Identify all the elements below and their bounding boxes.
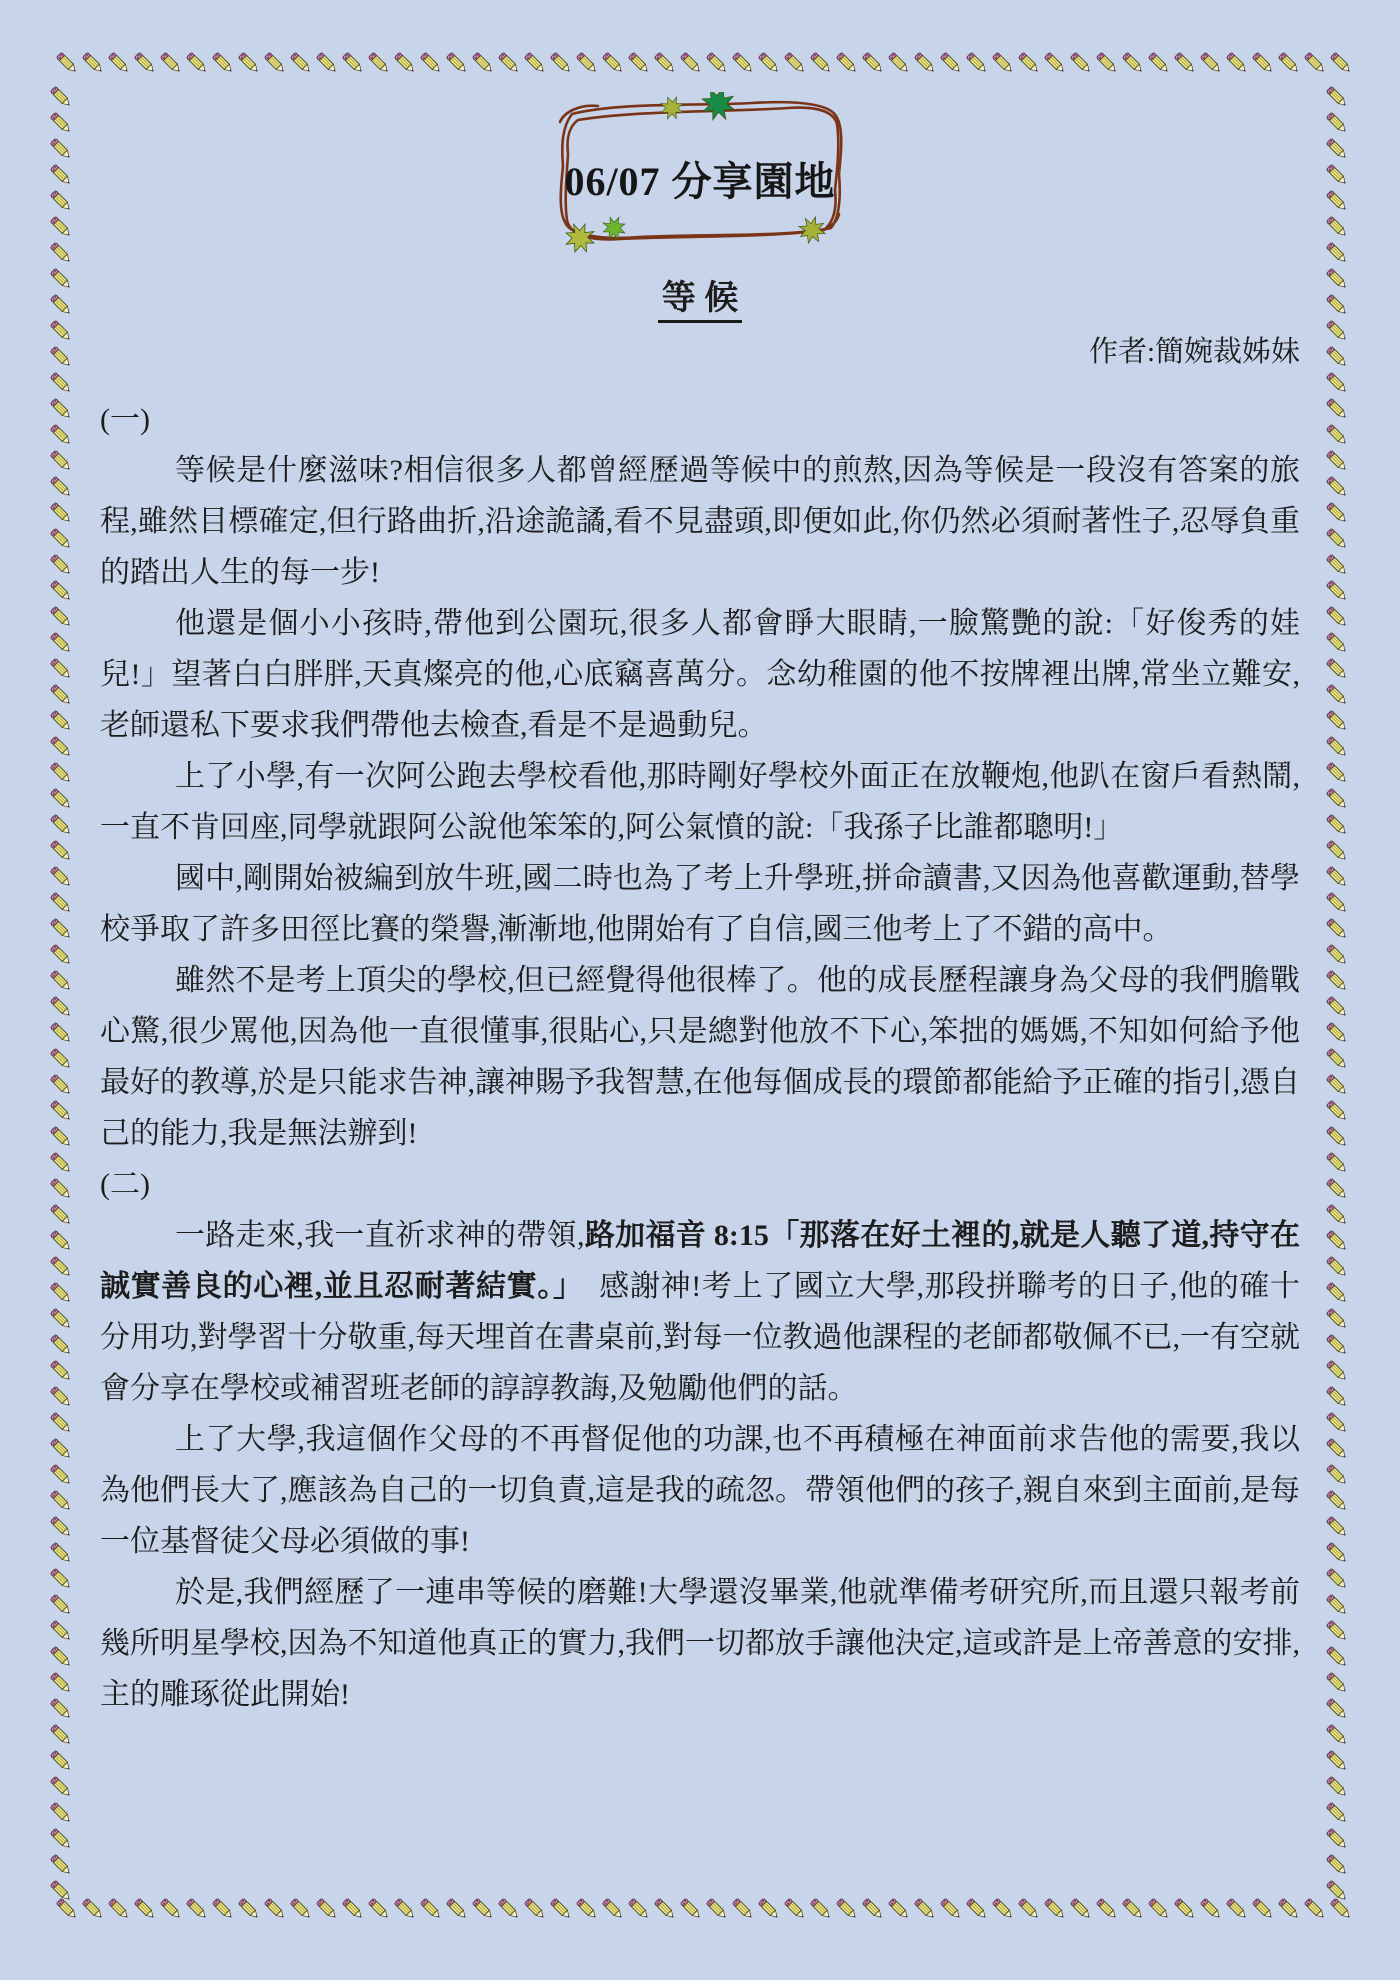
title-frame: 06/07 分享園地 <box>550 92 850 254</box>
pencil-icon <box>1324 682 1350 708</box>
pencil-icon <box>48 1800 74 1826</box>
pencil-icon <box>48 1410 74 1436</box>
text-run: 上了大學,我這個作父母的不再督促他的功課,也不再積極在神面前求告他的需要,我以為… <box>100 1423 1300 1558</box>
pencil-icon <box>48 1852 74 1878</box>
pencil-icon <box>860 50 886 76</box>
article-title-text: 等 候 <box>658 280 743 323</box>
pencil-icon <box>1068 1896 1094 1922</box>
pencil-icon <box>1324 1124 1350 1150</box>
pencil-icon <box>314 1896 340 1922</box>
pencil-icon <box>48 552 74 578</box>
pencil-icon <box>48 136 74 162</box>
pencil-icon <box>756 1896 782 1922</box>
pencil-icon <box>48 214 74 240</box>
pencil-icon <box>1146 1896 1172 1922</box>
pencil-border-left <box>48 84 76 1884</box>
pencil-icon <box>1324 916 1350 942</box>
pencil-icon <box>48 630 74 656</box>
pencil-icon <box>392 50 418 76</box>
page: { "page_title": "06/07 分享園地", "article":… <box>0 0 1400 1980</box>
pencil-icon <box>574 50 600 76</box>
pencil-icon <box>1324 1098 1350 1124</box>
paragraph: 一路走來,我一直祈求神的帶領,路加福音 8:15「那落在好土裡的,就是人聽了道,… <box>100 1210 1300 1414</box>
pencil-icon <box>1324 1410 1350 1436</box>
pencil-icon <box>1324 1306 1350 1332</box>
pencil-icon <box>834 1896 860 1922</box>
pencil-icon <box>1016 50 1042 76</box>
pencil-icon <box>48 1670 74 1696</box>
text-run: 他還是個小小孩時,帶他到公園玩,很多人都會睜大眼睛,一臉驚艷的說:「好俊秀的娃兒… <box>100 607 1300 742</box>
pencil-icon <box>54 50 80 76</box>
pencil-icon <box>1324 890 1350 916</box>
pencil-icon <box>1324 136 1350 162</box>
pencil-icon <box>132 1896 158 1922</box>
pencil-icon <box>912 1896 938 1922</box>
pencil-icon <box>1324 1722 1350 1748</box>
pencil-icon <box>1324 1566 1350 1592</box>
pencil-icon <box>1042 50 1068 76</box>
pencil-icon <box>1324 968 1350 994</box>
pencil-icon <box>106 1896 132 1922</box>
pencil-icon <box>860 1896 886 1922</box>
pencil-icon <box>1324 552 1350 578</box>
pencil-icon <box>1094 50 1120 76</box>
pencil-icon <box>48 474 74 500</box>
pencil-icon <box>48 786 74 812</box>
pencil-icon <box>704 50 730 76</box>
pencil-icon <box>756 50 782 76</box>
text-run: 一路走來,我一直祈求神的帶領, <box>175 1219 585 1252</box>
pencil-icon <box>48 396 74 422</box>
pencil-icon <box>48 1150 74 1176</box>
pencil-icon <box>1324 1176 1350 1202</box>
pencil-icon <box>1324 578 1350 604</box>
pencil-icon <box>48 760 74 786</box>
pencil-icon <box>1324 1592 1350 1618</box>
pencil-icon <box>392 1896 418 1922</box>
pencil-icon <box>210 50 236 76</box>
pencil-icon <box>48 292 74 318</box>
paragraph: 上了小學,有一次阿公跑去學校看他,那時剛好學校外面正在放鞭炮,他趴在窗戶看熱鬧,… <box>100 751 1300 853</box>
pencil-icon <box>1324 1280 1350 1306</box>
article-title: 等 候 <box>100 270 1300 319</box>
pencil-icon <box>496 1896 522 1922</box>
text-run: 於是,我們經歷了一連串等候的磨難!大學還沒畢業,他就準備考研究所,而且還只報考前… <box>100 1576 1300 1711</box>
pencil-icon <box>1324 1462 1350 1488</box>
pencil-icon <box>1324 240 1350 266</box>
pencil-icon <box>48 1280 74 1306</box>
page-title: 06/07 分享園地 <box>550 150 850 207</box>
pencil-icon <box>48 500 74 526</box>
pencil-icon <box>1324 1332 1350 1358</box>
pencil-icon <box>48 1072 74 1098</box>
pencil-icon <box>678 50 704 76</box>
pencil-icon <box>48 1514 74 1540</box>
pencil-icon <box>48 1592 74 1618</box>
pencil-icon <box>1324 864 1350 890</box>
pencil-icon <box>1324 396 1350 422</box>
text-run: 國中,剛開始被編到放牛班,國二時也為了考上升學班,拼命讀書,又因為他喜歡運動,替… <box>100 862 1300 946</box>
article-author: 作者:簡婉裁姊妹 <box>100 329 1300 370</box>
pencil-icon <box>1324 708 1350 734</box>
pencil-icon <box>1302 50 1328 76</box>
pencil-icon <box>1324 448 1350 474</box>
pencil-icon <box>1324 812 1350 838</box>
pencil-icon <box>1324 1878 1350 1904</box>
pencil-icon <box>1324 1436 1350 1462</box>
pencil-icon <box>262 1896 288 1922</box>
pencil-icon <box>48 1436 74 1462</box>
pencil-icon <box>158 1896 184 1922</box>
pencil-icon <box>418 50 444 76</box>
pencil-icon <box>48 240 74 266</box>
pencil-icon <box>48 344 74 370</box>
pencil-icon <box>48 1228 74 1254</box>
pencil-icon <box>1324 500 1350 526</box>
pencil-icon <box>964 1896 990 1922</box>
pencil-icon <box>1276 1896 1302 1922</box>
pencil-icon <box>1324 604 1350 630</box>
pencil-icon <box>1324 994 1350 1020</box>
section-marker: (一) <box>100 394 1300 445</box>
pencil-icon <box>886 50 912 76</box>
pencil-icon <box>548 1896 574 1922</box>
pencil-icon <box>48 370 74 396</box>
pencil-icon <box>1324 1488 1350 1514</box>
pencil-icon <box>912 50 938 76</box>
text-run: 等候是什麼滋味?相信很多人都曾經歷過等候中的煎熬,因為等候是一段沒有答案的旅程,… <box>100 454 1300 589</box>
pencil-icon <box>340 1896 366 1922</box>
pencil-icon <box>48 812 74 838</box>
pencil-icon <box>366 1896 392 1922</box>
pencil-icon <box>48 1254 74 1280</box>
pencil-icon <box>1324 1254 1350 1280</box>
pencil-icon <box>1224 50 1250 76</box>
pencil-icon <box>522 1896 548 1922</box>
pencil-icon <box>652 1896 678 1922</box>
pencil-icon <box>48 890 74 916</box>
pencil-icon <box>48 604 74 630</box>
pencil-icon <box>1324 318 1350 344</box>
pencil-icon <box>1324 422 1350 448</box>
pencil-icon <box>990 1896 1016 1922</box>
pencil-icon <box>1324 474 1350 500</box>
pencil-icon <box>1324 344 1350 370</box>
pencil-icon <box>1324 292 1350 318</box>
pencil-icon <box>678 1896 704 1922</box>
pencil-icon <box>1324 1826 1350 1852</box>
pencil-icon <box>1324 734 1350 760</box>
pencil-icon <box>808 50 834 76</box>
pencil-icon <box>470 50 496 76</box>
pencil-icon <box>1324 1748 1350 1774</box>
pencil-icon <box>1324 1046 1350 1072</box>
pencil-icon <box>990 50 1016 76</box>
pencil-icon <box>496 50 522 76</box>
pencil-icon <box>886 1896 912 1922</box>
pencil-icon <box>808 1896 834 1922</box>
pencil-icon <box>48 838 74 864</box>
pencil-icon <box>1120 1896 1146 1922</box>
pencil-icon <box>1324 1202 1350 1228</box>
pencil-icon <box>1324 1800 1350 1826</box>
pencil-icon <box>574 1896 600 1922</box>
pencil-icon <box>1324 1774 1350 1800</box>
document-content: 06/07 分享園地 等 候 作者:簡婉裁姊妹 (一)等候是什麼滋味?相信很多人… <box>100 92 1300 1720</box>
pencil-icon <box>626 50 652 76</box>
pencil-icon <box>366 50 392 76</box>
pencil-icon <box>48 1124 74 1150</box>
pencil-icon <box>288 50 314 76</box>
pencil-icon <box>340 50 366 76</box>
paragraph: 雖然不是考上頂尖的學校,但已經覺得他很棒了。他的成長歷程讓身為父母的我們膽戰心驚… <box>100 955 1300 1159</box>
pencil-icon <box>236 1896 262 1922</box>
pencil-icon <box>210 1896 236 1922</box>
pencil-icon <box>48 1826 74 1852</box>
pencil-icon <box>48 1618 74 1644</box>
pencil-icon <box>626 1896 652 1922</box>
pencil-icon <box>1016 1896 1042 1922</box>
maple-leaf-icon <box>697 92 739 125</box>
pencil-icon <box>1328 1896 1354 1922</box>
pencil-icon <box>1250 50 1276 76</box>
pencil-icon <box>1324 1670 1350 1696</box>
pencil-icon <box>730 50 756 76</box>
pencil-icon <box>48 942 74 968</box>
paragraph: 於是,我們經歷了一連串等候的磨難!大學還沒畢業,他就準備考研究所,而且還只報考前… <box>100 1567 1300 1720</box>
pencil-icon <box>1324 1358 1350 1384</box>
pencil-icon <box>1068 50 1094 76</box>
pencil-icon <box>652 50 678 76</box>
pencil-icon <box>48 1306 74 1332</box>
pencil-icon <box>48 1540 74 1566</box>
pencil-icon <box>1198 50 1224 76</box>
paragraph: 他還是個小小孩時,帶他到公園玩,很多人都會睜大眼睛,一臉驚艷的說:「好俊秀的娃兒… <box>100 598 1300 751</box>
pencil-icon <box>1172 1896 1198 1922</box>
pencil-icon <box>1324 266 1350 292</box>
pencil-icon <box>184 1896 210 1922</box>
pencil-icon <box>1324 1228 1350 1254</box>
pencil-icon <box>48 864 74 890</box>
paragraph: 等候是什麼滋味?相信很多人都曾經歷過等候中的煎熬,因為等候是一段沒有答案的旅程,… <box>100 445 1300 598</box>
pencil-icon <box>1146 50 1172 76</box>
pencil-icon <box>48 318 74 344</box>
pencil-icon <box>236 50 262 76</box>
pencil-icon <box>1324 188 1350 214</box>
pencil-icon <box>48 1644 74 1670</box>
pencil-icon <box>1324 1072 1350 1098</box>
pencil-icon <box>48 734 74 760</box>
pencil-icon <box>184 50 210 76</box>
pencil-icon <box>48 1202 74 1228</box>
pencil-icon <box>48 1878 74 1904</box>
pencil-icon <box>48 1020 74 1046</box>
pencil-icon <box>48 656 74 682</box>
pencil-border-top <box>54 50 1346 78</box>
pencil-icon <box>548 50 574 76</box>
pencil-icon <box>158 50 184 76</box>
pencil-icon <box>1324 370 1350 396</box>
pencil-icon <box>48 422 74 448</box>
pencil-icon <box>48 682 74 708</box>
paragraph: 上了大學,我這個作父母的不再督促他的功課,也不再積極在神面前求告他的需要,我以為… <box>100 1414 1300 1567</box>
pencil-icon <box>1324 1644 1350 1670</box>
paragraph: 國中,剛開始被編到放牛班,國二時也為了考上升學班,拼命讀書,又因為他喜歡運動,替… <box>100 853 1300 955</box>
pencil-icon <box>48 1722 74 1748</box>
pencil-border-bottom <box>54 1896 1346 1924</box>
pencil-icon <box>938 1896 964 1922</box>
pencil-icon <box>48 162 74 188</box>
pencil-icon <box>262 50 288 76</box>
pencil-icon <box>730 1896 756 1922</box>
pencil-icon <box>48 968 74 994</box>
maple-leaf-icon <box>657 93 687 123</box>
pencil-icon <box>48 266 74 292</box>
pencil-icon <box>1324 942 1350 968</box>
pencil-icon <box>1324 526 1350 552</box>
pencil-icon <box>418 1896 444 1922</box>
pencil-icon <box>1042 1896 1068 1922</box>
pencil-icon <box>1324 162 1350 188</box>
pencil-icon <box>782 50 808 76</box>
pencil-icon <box>834 50 860 76</box>
pencil-icon <box>1250 1896 1276 1922</box>
pencil-icon <box>48 1774 74 1800</box>
pencil-icon <box>1094 1896 1120 1922</box>
pencil-icon <box>48 188 74 214</box>
pencil-icon <box>48 1696 74 1722</box>
pencil-icon <box>1324 1020 1350 1046</box>
pencil-icon <box>48 526 74 552</box>
pencil-icon <box>48 1748 74 1774</box>
pencil-icon <box>782 1896 808 1922</box>
pencil-icon <box>1324 110 1350 136</box>
pencil-icon <box>1324 1696 1350 1722</box>
pencil-icon <box>106 50 132 76</box>
pencil-icon <box>80 50 106 76</box>
pencil-icon <box>48 1046 74 1072</box>
pencil-icon <box>48 1384 74 1410</box>
pencil-icon <box>444 1896 470 1922</box>
pencil-icon <box>314 50 340 76</box>
pencil-icon <box>1324 656 1350 682</box>
pencil-icon <box>1328 50 1354 76</box>
pencil-icon <box>48 916 74 942</box>
pencil-icon <box>48 994 74 1020</box>
pencil-icon <box>1324 214 1350 240</box>
pencil-icon <box>48 1098 74 1124</box>
pencil-icon <box>48 84 74 110</box>
pencil-icon <box>444 50 470 76</box>
pencil-icon <box>288 1896 314 1922</box>
pencil-icon <box>1324 760 1350 786</box>
article-body: (一)等候是什麼滋味?相信很多人都曾經歷過等候中的煎熬,因為等候是一段沒有答案的… <box>100 394 1300 1720</box>
pencil-icon <box>1324 786 1350 812</box>
pencil-icon <box>938 50 964 76</box>
pencil-icon <box>48 1462 74 1488</box>
pencil-icon <box>1276 50 1302 76</box>
pencil-icon <box>1120 50 1146 76</box>
pencil-icon <box>1324 630 1350 656</box>
pencil-icon <box>48 1566 74 1592</box>
section-marker: (二) <box>100 1159 1300 1210</box>
pencil-icon <box>1324 1852 1350 1878</box>
pencil-icon <box>600 50 626 76</box>
pencil-icon <box>1324 1540 1350 1566</box>
pencil-icon <box>1324 84 1350 110</box>
pencil-icon <box>80 1896 106 1922</box>
pencil-icon <box>1302 1896 1328 1922</box>
pencil-icon <box>1172 50 1198 76</box>
pencil-icon <box>470 1896 496 1922</box>
pencil-icon <box>48 708 74 734</box>
pencil-icon <box>1224 1896 1250 1922</box>
pencil-icon <box>48 1488 74 1514</box>
pencil-icon <box>48 110 74 136</box>
pencil-icon <box>48 1176 74 1202</box>
pencil-icon <box>1324 1384 1350 1410</box>
pencil-border-right <box>1324 84 1352 1884</box>
pencil-icon <box>704 1896 730 1922</box>
pencil-icon <box>1324 1618 1350 1644</box>
pencil-icon <box>132 50 158 76</box>
pencil-icon <box>600 1896 626 1922</box>
pencil-icon <box>54 1896 80 1922</box>
text-run: 上了小學,有一次阿公跑去學校看他,那時剛好學校外面正在放鞭炮,他趴在窗戶看熱鬧,… <box>100 760 1300 844</box>
pencil-icon <box>1324 1514 1350 1540</box>
pencil-icon <box>48 1358 74 1384</box>
text-run: 雖然不是考上頂尖的學校,但已經覺得他很棒了。他的成長歷程讓身為父母的我們膽戰心驚… <box>100 964 1300 1150</box>
pencil-icon <box>964 50 990 76</box>
pencil-icon <box>48 448 74 474</box>
pencil-icon <box>1324 838 1350 864</box>
pencil-icon <box>1324 1150 1350 1176</box>
pencil-icon <box>1198 1896 1224 1922</box>
pencil-icon <box>48 578 74 604</box>
pencil-icon <box>522 50 548 76</box>
pencil-icon <box>48 1332 74 1358</box>
